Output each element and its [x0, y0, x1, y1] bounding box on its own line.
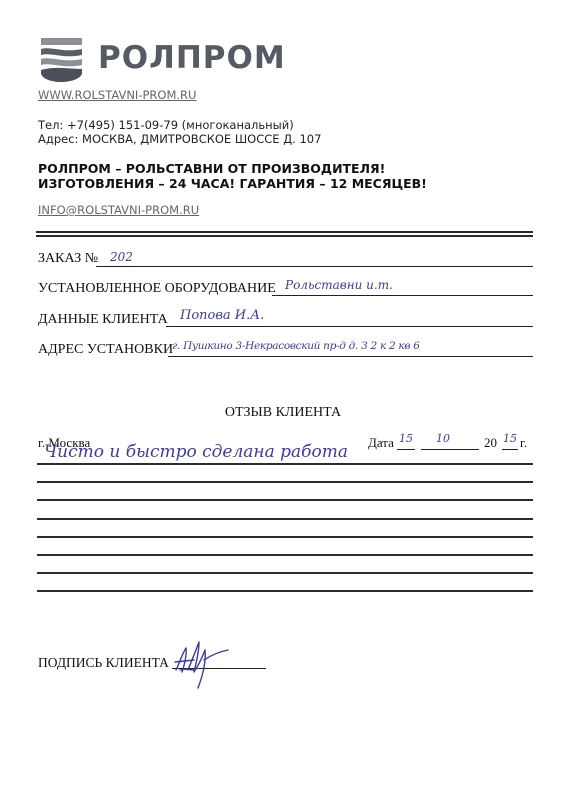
email-link[interactable]: INFO@ROLSTAVNI-PROM.RU [38, 203, 199, 217]
equipment-label: УСТАНОВЛЕННОЕ ОБОРУДОВАНИЕ [38, 281, 276, 297]
signature-mark[interactable] [172, 630, 242, 690]
order-field-line [96, 266, 533, 267]
review-line-8 [37, 590, 533, 592]
install-address-label: АДРЕС УСТАНОВКИ [38, 342, 173, 358]
review-line-5 [37, 536, 533, 538]
date-label: Дата [368, 435, 394, 451]
review-line-7 [37, 572, 533, 574]
client-label: ДАННЫЕ КЛИЕНТА [38, 312, 168, 328]
equipment-value[interactable]: Рольставни и.т. [285, 278, 393, 292]
header-divider [36, 231, 533, 237]
year-unit: г. [520, 435, 527, 451]
slogan-line-1: РОЛПРОМ – РОЛЬСТАВНИ ОТ ПРОИЗВОДИТЕЛЯ! [38, 161, 385, 176]
review-title: ОТЗЫВ КЛИЕНТА [0, 405, 566, 421]
review-line-6 [37, 554, 533, 556]
date-month-value[interactable]: 10 [436, 432, 450, 445]
year-prefix: 20 [484, 435, 497, 451]
equipment-field-line [272, 295, 533, 296]
review-text[interactable]: Чисто и быстро сделана работа [44, 442, 348, 462]
client-value[interactable]: Попова И.А. [180, 308, 264, 323]
review-line-1 [37, 463, 533, 465]
review-line-2 [37, 481, 533, 483]
review-line-4 [37, 518, 533, 520]
logo-icon [40, 37, 83, 82]
website-link[interactable]: WWW.ROLSTAVNI-PROM.RU [38, 88, 196, 102]
slogan-line-2: ИЗГОТОВЛЕНИЯ – 24 ЧАСА! ГАРАНТИЯ – 12 МЕ… [38, 176, 427, 191]
signature-label: ПОДПИСЬ КЛИЕНТА [38, 655, 169, 671]
date-day-value[interactable]: 15 [399, 432, 413, 445]
order-value[interactable]: 202 [110, 250, 133, 264]
date-month-line [421, 449, 479, 450]
date-day-line [397, 449, 415, 450]
company-logo-text: РОЛПРОМ [98, 40, 286, 76]
phone-text: Тел: +7(495) 151-09-79 (многоканальный) [38, 118, 294, 132]
review-line-3 [37, 499, 533, 501]
client-field-line [166, 326, 533, 327]
address-text: Адрес: МОСКВА, ДМИТРОВСКОЕ ШОССЕ Д. 107 [38, 132, 321, 146]
date-year-value[interactable]: 15 [503, 432, 517, 445]
date-year-line [502, 449, 518, 450]
install-address-field-line [168, 356, 533, 357]
install-address-value[interactable]: г. Пушкино 3-Некрасовский пр-д д. 3 2 к … [172, 340, 420, 352]
order-label: ЗАКАЗ № [38, 251, 98, 267]
